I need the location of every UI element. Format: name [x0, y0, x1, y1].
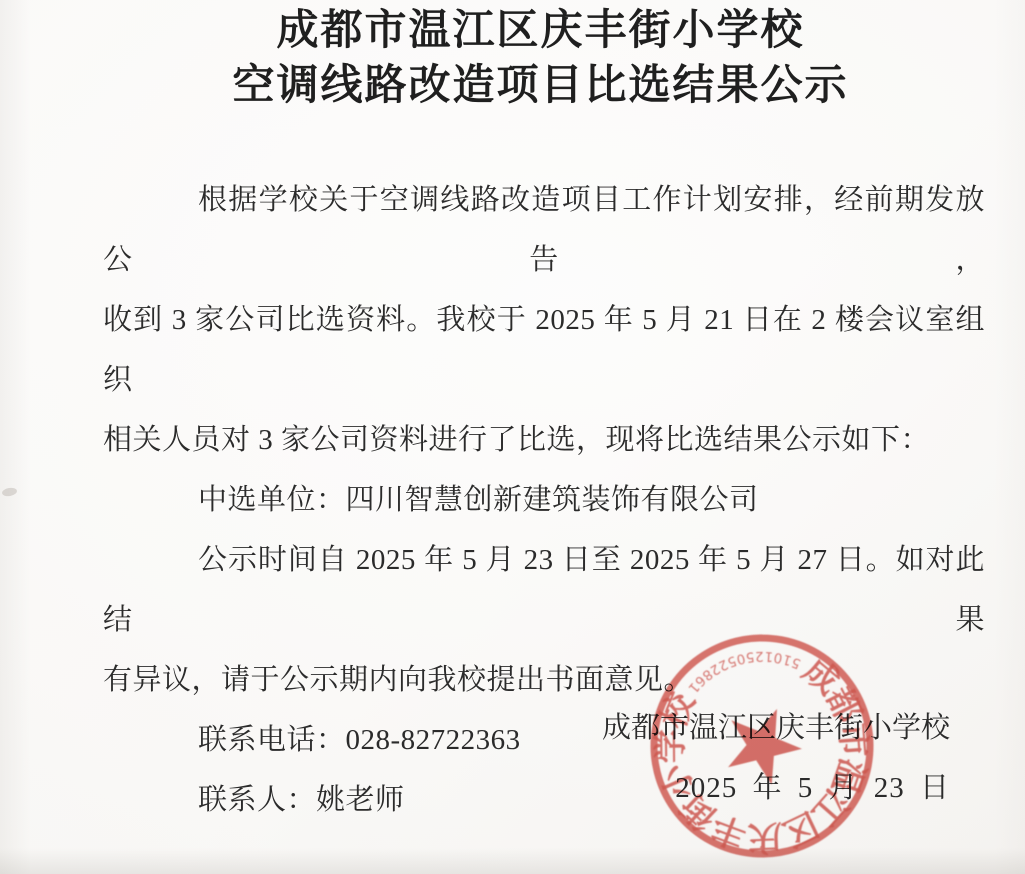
seal-code-text: 5101250522861 [679, 636, 807, 699]
svg-text:5101250522861: 5101250522861 [679, 636, 807, 699]
notice-title: 成都市温江区庆丰街小学校 空调线路改造项目比选结果公示 [0, 4, 1025, 114]
document-page: 成都市温江区庆丰街小学校 空调线路改造项目比选结果公示 根据学校关于空调线路改造… [0, 0, 1025, 874]
body-line: 收到 3 家公司比选资料。我校于 2025 年 5 月 21 日在 2 楼会议室… [103, 290, 985, 410]
body-line: 中选单位：四川智慧创新建筑装饰有限公司 [103, 470, 985, 530]
official-seal: 成都市温江区庆丰街小学校 5101250522861 [630, 614, 894, 874]
seal-star-icon [717, 705, 808, 794]
body-line: 根据学校关于空调线路改造项目工作计划安排，经前期发放公告， [103, 170, 985, 290]
body-line: 相关人员对 3 家公司资料进行了比选，现将比选结果公示如下： [103, 410, 985, 470]
scan-smudge [1, 487, 17, 497]
notice-title-line-1: 成都市温江区庆丰街小学校 [56, 4, 1025, 59]
notice-title-line-2: 空调线路改造项目比选结果公示 [56, 59, 1025, 114]
